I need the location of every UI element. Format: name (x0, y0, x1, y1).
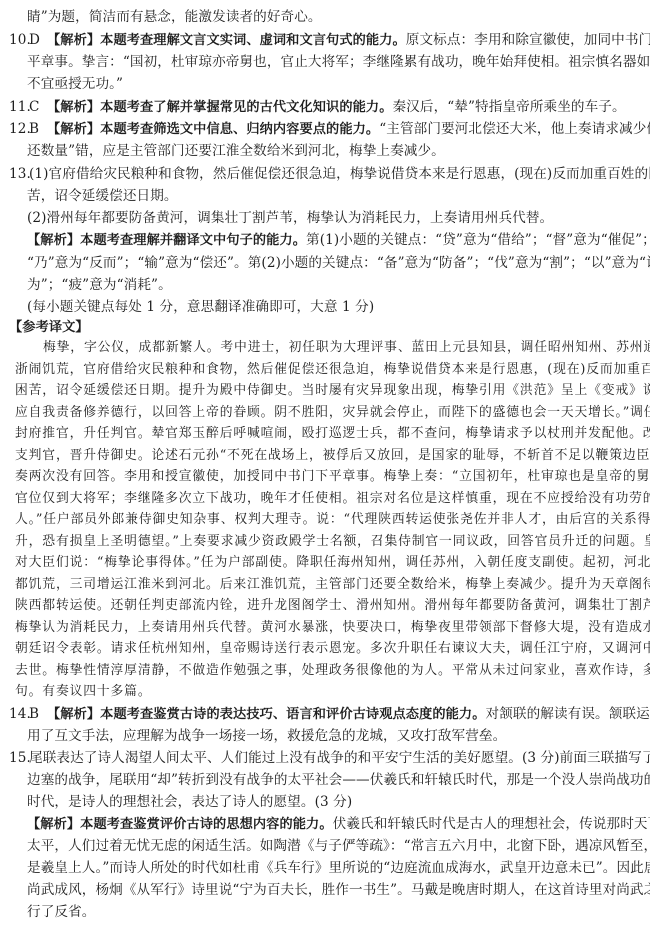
answer-15: 15.尾联表达了诗人渴望人间太平、人们能过上没有战争的和平安宁生活的美好愿望。(… (9, 749, 650, 767)
answer-14-line2: 用了互文手法，应理解为战争一场接一场，救援危急的龙城，又攻打敌军营垒。 (27, 727, 506, 745)
translation-line: 梅挚，字公仪，成都新繁人。考中进士，初任职为大理评事、蓝田上元县知县，调任昭州知… (43, 339, 650, 357)
translation-line: 封府推官，升任判官。辇官郑玉醉后呼喊喧闹，殴打巡逻士兵，都不查问，梅挚请求予以杖… (15, 425, 650, 443)
translation-line: 奏两次没有回答。李用和授宣徽使，加授同中书门下平章事。梅挚上奏：“立国初年，杜审… (15, 468, 650, 486)
answer-15-analysis-line5: 行了反省。 (27, 903, 95, 921)
answer-11: 11.C【解析】本题考查了解并掌握常见的古代文化知识的能力。秦汉后，“辇”特指皇… (9, 98, 626, 117)
reference-translation-heading: 【参考译文】 (9, 318, 89, 337)
translation-line: 梅挚认为消耗民力，上奏请用州兵代替。黄河水暴涨，快要决口，梅挚夜里带领部下督修大… (15, 619, 650, 637)
translation-line: 人。”任户部员外郎兼侍御史知杂事、权判大理寺。说：“代理陕西转运使张尧佐并非人才… (15, 511, 650, 529)
answer-15-analysis-line3: 是羲皇上人。”而诗人所处的时代如杜甫《兵车行》里所说的“边庭流血成海水，武皇开边… (27, 859, 650, 877)
translation-line: 支判官，晋升侍御史。论述石元孙“不死在战场上，被俘后又放回，是国家的耻辱，不斩首… (15, 447, 650, 465)
answer-10: 10.D【解析】本题考查理解文言文实词、虚词和文言句式的能力。原文标点：李用和除… (9, 31, 650, 50)
answer-15-analysis: 【解析】本题考查鉴赏评价古诗的思想内容的能力。伏羲氏和轩辕氏时代是古人的理想社会… (27, 815, 650, 834)
answer-13-analysis-line2: “乃”意为“反而”；“输”意为“偿还”。第(2)小题的关键点：“备”意为“防备”… (27, 254, 650, 272)
translation-line: 困苦，诏令延缓偿还日期。提升为殿中侍御史。当时屡有灾异现象出现，梅挚引用《洪范》… (15, 382, 650, 400)
translation-line: 官位仅到大将军；李继隆多次立下战功，晚年才任使相。祖宗对名位是这样慎重，现在不应… (15, 490, 650, 508)
translation-line: 句。有奏议四十多篇。 (15, 683, 151, 701)
answer-15-analysis-line2: 太平，人们过着无忧无虑的闲适生活。如陶潜《与子俨等疏》：“常言五六月中，北窗下卧… (27, 837, 650, 855)
answer-13-scoring: (每小题关键点每处 1 分，意思翻译准确即可，大意 1 分) (27, 298, 374, 316)
translation-line: 对大臣们说：“梅挚论事得体。”任为户部副使。降职任海州知州，调任苏州，入朝任度支… (15, 554, 650, 572)
translation-line: 朝廷诏令表彰。请求任杭州知州，皇帝赐诗送行表示恩宠。多次升职任右谏议大夫，调任江… (15, 640, 650, 658)
answer-13-analysis: 【解析】本题考查理解并翻译文中句子的能力。第(1)小题的关键点：“贷”意为“借给… (27, 231, 650, 250)
translation-line: 去世。梅挚性情淳厚清静，不做造作勉强之事，处理政务很像他的为人。平常从未过问家业… (15, 662, 650, 680)
answer-15-analysis-line4: 尚武成风，杨炯《从军行》诗里说“宁为百夫长，胜作一书生”。马戴是晚唐时期人，在这… (27, 881, 650, 899)
translation-line: 陕西都转运使。还朝任判吏部流内铨，进升龙图阁学士、滑州知州。滑州每年都要防备黄河… (15, 597, 650, 615)
answer-10-line3: 不宜亟授无功。” (27, 75, 123, 93)
answer-12: 12.B【解析】本题考查筛选文中信息、归纳内容要点的能力。“主管部门要河北偿还大… (9, 120, 650, 139)
answer-12-line2: 还数量”错，应是主管部门还要江淮全数给米到河北，梅挚上奏减少。 (27, 142, 445, 160)
answer-14: 14.B【解析】本题考查鉴赏古诗的表达技巧、语言和评价古诗观点态度的能力。对颔联… (9, 705, 650, 724)
continuation-line: 睛”为题，简洁而有悬念，能激发读者的好奇心。 (27, 8, 322, 26)
translation-line: 升，恐有损皇上圣明德望。”上奏要求减少资政殿学士名额，召集侍制官一同议政，回答官… (15, 533, 650, 551)
answer-13-part2: (2)滑州每年都要防备黄河，调集壮丁割芦苇，梅挚认为消耗民力，上奏请用州兵代替。 (27, 209, 553, 227)
answer-13-line2: 苦，诏令延缓偿还日期。 (27, 187, 178, 205)
answer-13: 13.(1)官府借给灾民粮种和食物，然后催促偿还很急迫，梅挚说借贷本来是行恩惠，… (9, 165, 650, 183)
answer-key-page: 睛”为题，简洁而有悬念，能激发读者的好奇心。 10.D【解析】本题考查理解文言文… (0, 0, 650, 940)
translation-line: 应自我责备修养德行，以回答上帝的眷顾。阴不胜阳，灾异就会停止，而陛下的盛德也会一… (15, 404, 650, 422)
translation-line: 浙闹饥荒，官府借给灾民粮种和食物，然后催促偿还很急迫，梅挚说借贷本来是行恩惠，(… (15, 361, 650, 379)
translation-line: 都饥荒，三司增运江淮米到河北。后来江淮饥荒，主管部门还要全数给米，梅挚上奏减少。… (15, 576, 650, 594)
answer-10-line2: 平章事。挚言：“国初，杜审琼亦帝舅也，官止大将军；李继隆累有战功，晚年始拜使相。… (27, 53, 650, 71)
answer-15-line2: 边塞的战争，尾联用“却”转折到没有战争的太平社会——伏羲氏和轩辕氏时代，那是一个… (27, 771, 650, 789)
answer-15-line3: 时代，是诗人的理想社会，表达了诗人的愿望。(3 分) (27, 793, 352, 811)
answer-13-analysis-line3: 为”；“疲”意为“消耗”。 (27, 276, 172, 294)
